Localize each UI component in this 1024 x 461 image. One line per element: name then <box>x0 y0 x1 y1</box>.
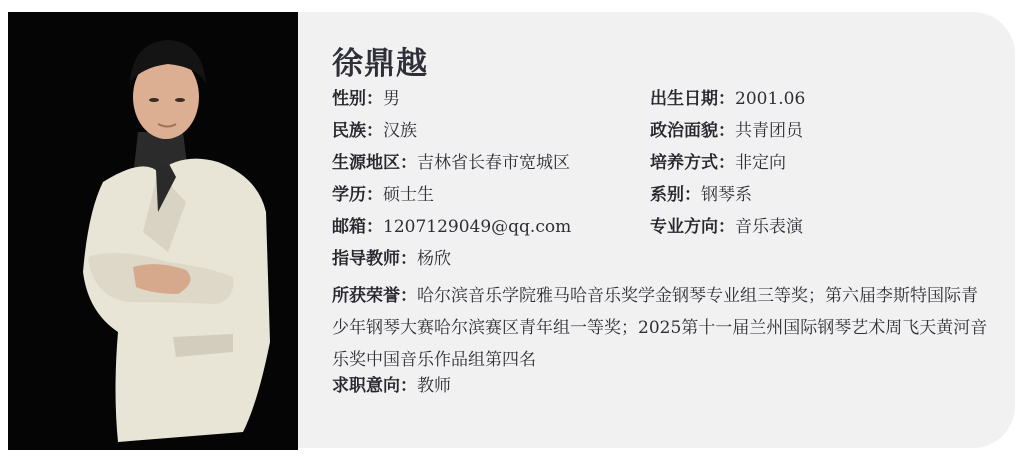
field-value: 教师 <box>417 376 451 396</box>
field-label: 出生日期： <box>650 89 735 109</box>
field-label: 性别： <box>332 89 383 109</box>
field-major: 专业方向：音乐表演 <box>650 216 803 238</box>
field-value: 共青团员 <box>735 121 803 141</box>
field-email: 邮箱：1207129049@qq.com <box>332 216 571 238</box>
field-ethnicity: 民族：汉族 <box>332 120 417 142</box>
field-value: 音乐表演 <box>735 217 803 237</box>
field-value: 吉林省长春市宽城区 <box>417 153 570 173</box>
field-label: 邮箱： <box>332 217 383 237</box>
honors-value: 哈尔滨音乐学院雅马哈音乐奖学金钢琴专业组三等奖；第六届李斯特国际青少年钢琴大赛哈… <box>332 286 987 370</box>
field-label: 指导教师： <box>332 249 417 269</box>
field-value: 非定向 <box>735 153 786 173</box>
field-department: 系别：钢琴系 <box>650 184 752 206</box>
field-label: 求职意向： <box>332 376 417 396</box>
field-training-mode: 培养方式：非定向 <box>650 152 786 174</box>
field-label: 民族： <box>332 121 383 141</box>
field-label: 生源地区： <box>332 153 417 173</box>
field-origin: 生源地区：吉林省长春市宽城区 <box>332 152 570 174</box>
field-label: 政治面貌： <box>650 121 735 141</box>
field-value: 汉族 <box>383 121 417 141</box>
field-label: 专业方向： <box>650 217 735 237</box>
field-value: 2001.06 <box>735 89 805 109</box>
field-birth-date: 出生日期：2001.06 <box>650 88 805 110</box>
field-value: 钢琴系 <box>701 185 752 205</box>
field-label: 学历： <box>332 185 383 205</box>
field-label: 培养方式： <box>650 153 735 173</box>
field-gender: 性别：男 <box>332 88 400 110</box>
portrait-photo <box>8 12 298 450</box>
email-value[interactable]: 1207129049@qq.com <box>383 217 571 237</box>
field-education: 学历：硕士生 <box>332 184 434 206</box>
field-value: 男 <box>383 89 400 109</box>
field-job-intention: 求职意向：教师 <box>332 375 451 397</box>
field-value: 硕士生 <box>383 185 434 205</box>
field-label: 所获荣誉： <box>332 286 417 306</box>
person-name: 徐鼎越 <box>332 38 428 83</box>
field-label: 系别： <box>650 185 701 205</box>
field-political-status: 政治面貌：共青团员 <box>650 120 803 142</box>
portrait-photo-icon <box>8 12 298 450</box>
field-value: 杨欣 <box>417 249 451 269</box>
field-honors: 所获荣誉：哈尔滨音乐学院雅马哈音乐奖学金钢琴专业组三等奖；第六届李斯特国际青少年… <box>332 280 994 376</box>
field-advisor: 指导教师：杨欣 <box>332 248 451 270</box>
